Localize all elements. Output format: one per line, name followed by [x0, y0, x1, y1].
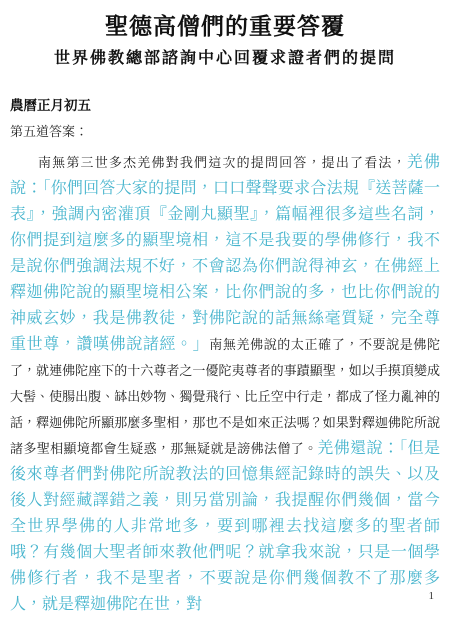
body-paragraph: 南無第三世多杰羌佛對我們這次的提問回答，提出了看法，羌佛說：「你們回答大家的提問…	[10, 150, 440, 618]
page-number: 1	[429, 590, 435, 602]
paragraph-segment: 羌佛說：「你們回答大家的提問，口口聲聲要求合法規『送菩薩一表』，強調內密灌頂『金…	[10, 154, 440, 353]
paragraph-segment: 南無羌佛說的太正確了，不要說是佛陀了，就連佛陀座下的十六尊者之一優陀夷尊者的事蹟…	[10, 337, 440, 456]
page-title: 聖德高僧們的重要答覆	[10, 8, 440, 41]
answer-heading: 第五道答案：	[10, 121, 440, 140]
paragraph-segment: 羌佛還說：「但是後來尊者們對佛陀所說教法的回憶集經記錄時的誤失、以及後人對經藏譯…	[10, 440, 440, 613]
paragraph-segment: 南無第三世多杰羌佛對我們這次的提問回答，提出了看法，	[38, 155, 407, 170]
document-page: 聖德高僧們的重要答覆 世界佛教總部諮詢中心回覆求證者們的提問 農曆正月初五 第五…	[0, 0, 450, 618]
page-subtitle: 世界佛教總部諮詢中心回覆求證者們的提問	[10, 45, 440, 68]
date-heading: 農曆正月初五	[10, 94, 440, 114]
